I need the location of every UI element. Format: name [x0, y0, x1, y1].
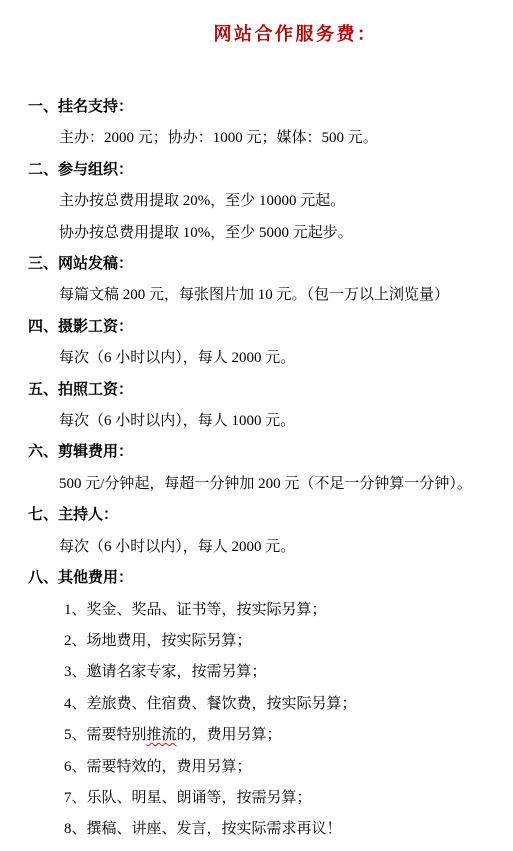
section-8-item-6: 6、需要特效的，费用另算；: [0, 752, 513, 783]
spellcheck-underlined-word: 推流: [147, 727, 177, 743]
section-6-line-1: 500 元/分钟起，每超一分钟加 200 元（不足一分钟算一分钟）。: [0, 469, 513, 500]
item-text-after: 的，费用另算；: [177, 727, 282, 743]
section-1-heading: 一、挂名支持：: [0, 92, 513, 123]
section-2-heading: 二、参与组织：: [0, 155, 513, 186]
section-5-heading: 五、拍照工资：: [0, 375, 513, 406]
document-title: 网站合作服务费：: [0, 0, 513, 48]
section-6-heading: 六、剪辑费用：: [0, 437, 513, 468]
section-4-heading: 四、摄影工资：: [0, 312, 513, 343]
document-page: 网站合作服务费： 一、挂名支持： 主办：2000 元；协办：1000 元；媒体：…: [0, 0, 513, 851]
section-8-item-1: 1、奖金、奖品、证书等，按实际另算；: [0, 595, 513, 626]
section-8-item-5: 5、需要特别推流的，费用另算；: [0, 720, 513, 751]
section-2-line-2: 协办按总费用提取 10%，至少 5000 元起步。: [0, 218, 513, 249]
section-3-heading: 三、网站发稿：: [0, 249, 513, 280]
section-8-item-4: 4、差旅费、住宿费、餐饮费，按实际另算；: [0, 689, 513, 720]
section-2-line-1: 主办按总费用提取 20%，至少 10000 元起。: [0, 186, 513, 217]
section-4-line-1: 每次（6 小时以内），每人 2000 元。: [0, 343, 513, 374]
item-text-before: 5、需要特别: [64, 727, 147, 743]
section-1-line-1: 主办：2000 元；协办：1000 元；媒体：500 元。: [0, 123, 513, 154]
section-8-heading: 八、其他费用：: [0, 563, 513, 594]
document-body: 一、挂名支持： 主办：2000 元；协办：1000 元；媒体：500 元。 二、…: [0, 92, 513, 846]
section-8-item-8: 8、撰稿、讲座、发言，按实际需求再议！: [0, 814, 513, 845]
section-8-item-3: 3、邀请名家专家，按需另算；: [0, 657, 513, 688]
section-8-item-2: 2、场地费用，按实际另算；: [0, 626, 513, 657]
section-3-line-1: 每篇文稿 200 元，每张图片加 10 元。（包一万以上浏览量）: [0, 280, 513, 311]
section-8-item-7: 7、乐队、明星、朗诵等，按需另算；: [0, 783, 513, 814]
section-7-line-1: 每次（6 小时以内），每人 2000 元。: [0, 532, 513, 563]
section-7-heading: 七、主持人：: [0, 500, 513, 531]
section-5-line-1: 每次（6 小时以内），每人 1000 元。: [0, 406, 513, 437]
